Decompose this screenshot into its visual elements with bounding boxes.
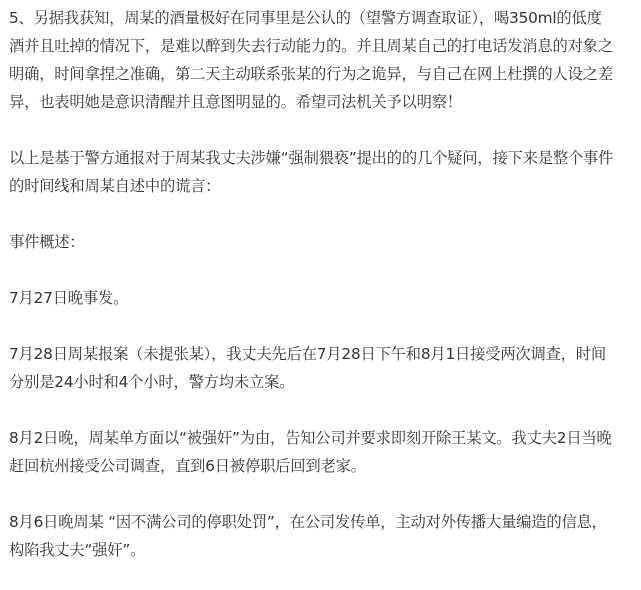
paragraph-event-overview-heading: 事件概述： [9,228,634,256]
text-line: 分别是24小时和4个小时，警方均未立案。 [9,368,634,396]
text-line: 8月2日晚，周某单方面以“被强奸”为由，告知公司并要求即刻开除王某文。我丈夫2日… [9,424,634,452]
text-line: 的时间线和周某自述中的谎言： [9,172,634,200]
text-line: 事件概述： [9,228,634,256]
text-line: 明确，时间拿捏之准确，第二天主动联系张某的行为之诡异，与自己在网上杜撰的人设之差 [9,60,634,88]
text-line: 5、另据我获知，周某的酒量极好在同事里是公认的（望警方调查取证），喝350ml的… [9,4,634,32]
text-line: 构陷我丈夫“强奸”。 [9,536,634,564]
text-line: 赶回杭州接受公司调查，直到6日被停职后回到老家。 [9,452,634,480]
paragraph-timeline-0806: 8月6日晚周某 “因不满公司的停职处罚”，在公司发传单，主动对外传播大量编造的信… [9,508,634,564]
paragraph-spacer [9,256,634,284]
paragraph-timeline-0727: 7月27日晚事发。 [9,284,634,312]
text-line: 以上是基于警方通报对于周某我丈夫涉嫌“强制猥亵”提出的的几个疑问，接下来是整个事… [9,144,634,172]
text-line: 7月28日周某报案（未提张某），我丈夫先后在7月28日下午和8月1日接受两次调查… [9,340,634,368]
paragraph-timeline-0802: 8月2日晚，周某单方面以“被强奸”为由，告知公司并要求即刻开除王某文。我丈夫2日… [9,424,634,480]
paragraph-point-5: 5、另据我获知，周某的酒量极好在同事里是公认的（望警方调查取证），喝350ml的… [9,4,634,116]
paragraph-spacer [9,200,634,228]
paragraph-spacer [9,480,634,508]
text-line: 酒并且吐掉的情况下，是难以醉到失去行动能力的。并且周某自己的打电话发消息的对象之 [9,32,634,60]
text-line: 8月6日晚周某 “因不满公司的停职处罚”，在公司发传单，主动对外传播大量编造的信… [9,508,634,536]
paragraph-timeline-0728: 7月28日周某报案（未提张某），我丈夫先后在7月28日下午和8月1日接受两次调查… [9,340,634,396]
paragraph-spacer [9,116,634,144]
paragraph-summary-intro: 以上是基于警方通报对于周某我丈夫涉嫌“强制猥亵”提出的的几个疑问，接下来是整个事… [9,144,634,200]
article-body: 5、另据我获知，周某的酒量极好在同事里是公认的（望警方调查取证），喝350ml的… [9,4,634,564]
paragraph-spacer [9,396,634,424]
paragraph-spacer [9,312,634,340]
text-line: 异，也表明她是意识清醒并且意图明显的。希望司法机关予以明察！ [9,88,634,116]
text-line: 7月27日晚事发。 [9,284,634,312]
